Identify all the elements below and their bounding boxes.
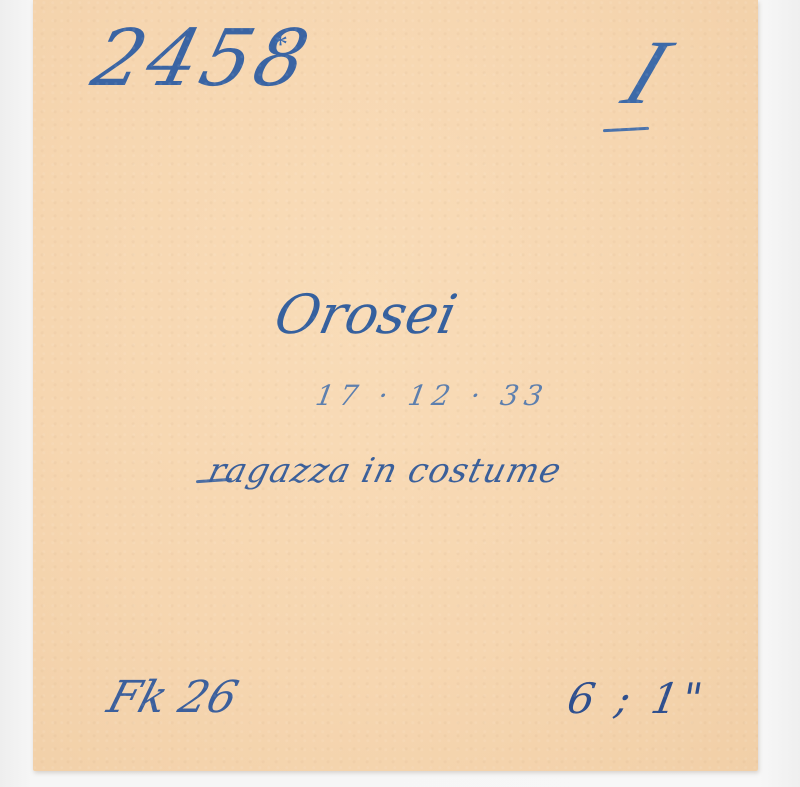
roman-numeral: I [612, 26, 680, 118]
date: 17 · 12 · 33 [314, 382, 551, 410]
photo-background: 2458 * I Orosei 17 · 12 · 33 ragazza in … [0, 0, 800, 787]
label-card: 2458 * I Orosei 17 · 12 · 33 ragazza in … [33, 0, 758, 771]
measurement: 6 ; 1" [564, 678, 709, 720]
roman-numeral-underline [603, 127, 649, 132]
description: ragazza in costume [205, 454, 565, 488]
reference-code: Fk 26 [103, 676, 243, 720]
star-icon: * [273, 28, 288, 62]
place-name: Orosei [270, 288, 461, 342]
